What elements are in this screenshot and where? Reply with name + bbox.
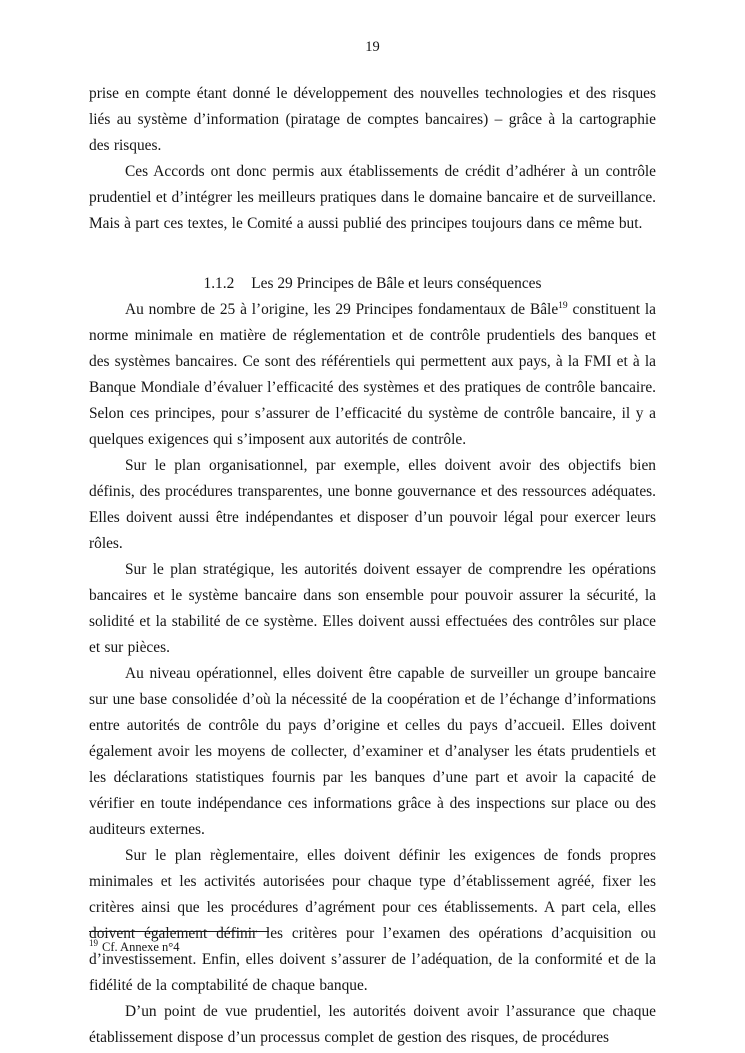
paragraph-text: constituent la norme minimale en matière… — [89, 301, 656, 448]
footnote-reference: 19 — [558, 301, 568, 311]
paragraph: Sur le plan organisationnel, par exemple… — [89, 453, 656, 557]
document-page: 19 prise en compte étant donné le dévelo… — [0, 0, 745, 1053]
paragraph: Ces Accords ont donc permis aux établiss… — [89, 159, 656, 237]
page-number: 19 — [0, 39, 745, 55]
paragraph-continuation: prise en compte étant donné le développe… — [89, 81, 656, 159]
footnote: 19Cf. Annexe n°4 — [89, 939, 656, 955]
paragraph: Au nombre de 25 à l’origine, les 29 Prin… — [89, 297, 656, 453]
footnote-area: 19Cf. Annexe n°4 — [89, 931, 656, 955]
paragraph: Sur le plan stratégique, les autorités d… — [89, 557, 656, 661]
page-content: prise en compte étant donné le développe… — [89, 81, 656, 1051]
footnote-separator — [89, 931, 269, 932]
paragraph: D’un point de vue prudentiel, les autori… — [89, 999, 656, 1051]
section-number: 1.1.2 — [204, 275, 235, 292]
paragraph: Sur le plan règlementaire, elles doivent… — [89, 843, 656, 999]
section-heading: 1.1.2Les 29 Principes de Bâle et leurs c… — [89, 271, 656, 297]
footnote-marker: 19 — [89, 938, 98, 948]
footnote-text: Cf. Annexe n°4 — [102, 940, 180, 954]
section-title: Les 29 Principes de Bâle et leurs conséq… — [251, 275, 541, 292]
paragraph-text: Au nombre de 25 à l’origine, les 29 Prin… — [125, 301, 558, 318]
paragraph: Au niveau opérationnel, elles doivent êt… — [89, 661, 656, 843]
